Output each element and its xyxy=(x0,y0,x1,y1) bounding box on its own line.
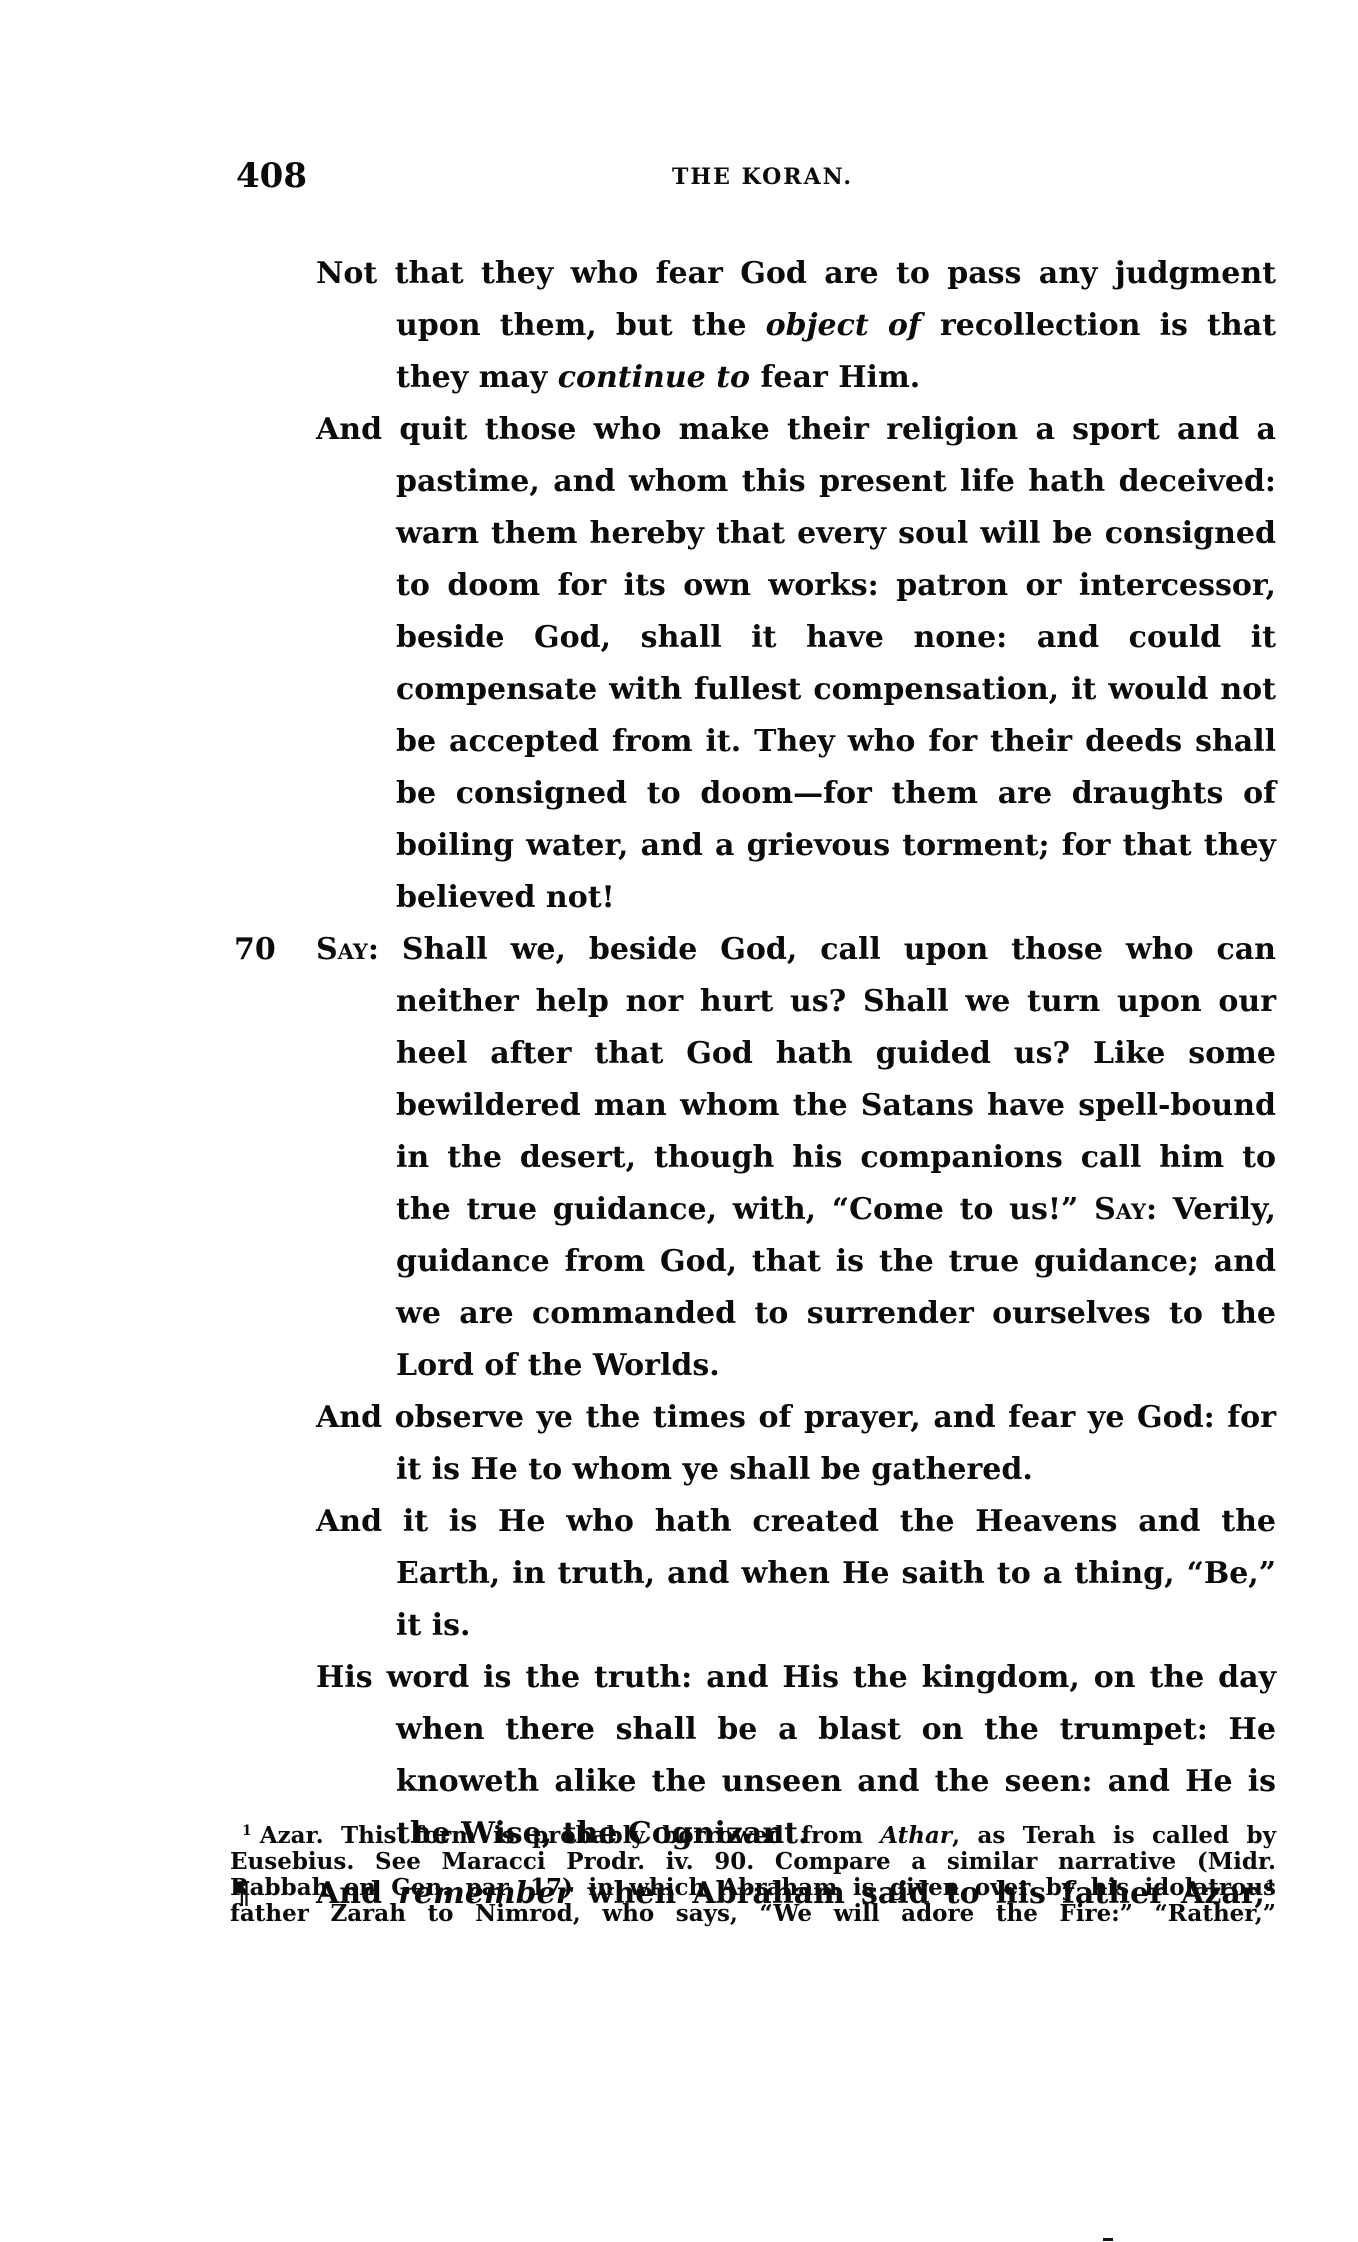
footnote-mark: 1 xyxy=(242,1823,252,1839)
italic-run: continue to xyxy=(558,360,750,395)
page-number: 408 xyxy=(236,156,307,196)
text-run: : Shall we, beside God, call upon those … xyxy=(368,932,1276,1227)
footnote-line: 1Azar. This form is probably borrowed fr… xyxy=(230,1818,1276,1849)
text-run: Rabbah on Gen. par. 17) in which Abraham… xyxy=(230,1874,1276,1901)
smallcaps-run: Say xyxy=(316,932,368,967)
verse-number: 70 xyxy=(234,924,276,976)
verse-paragraph: And observe ye the times of prayer, and … xyxy=(316,1392,1276,1496)
footnote-line: father Zarah to Nimrod, who says, “We wi… xyxy=(230,1901,1276,1927)
italic-run: Athar xyxy=(880,1822,952,1849)
smallcaps-run: Say xyxy=(1094,1192,1146,1227)
text-run: And quit those who make their religion a… xyxy=(316,412,1276,915)
text-run: , as Terah is called by xyxy=(952,1822,1276,1849)
text-run: Azar. This form is probably borrowed fro… xyxy=(260,1822,880,1849)
footnote-line: Rabbah on Gen. par. 17) in which Abraham… xyxy=(230,1875,1276,1901)
footnote: 1Azar. This form is probably borrowed fr… xyxy=(230,1818,1276,1927)
signature-mark xyxy=(1103,2238,1113,2241)
footnote-line: Eusebius. See Maracci Prodr. iv. 90. Com… xyxy=(230,1849,1276,1875)
italic-run: object of xyxy=(766,308,921,343)
body-text: Not that they who fear God are to pass a… xyxy=(316,248,1276,1920)
verse-paragraph: And quit those who make their religion a… xyxy=(316,404,1276,924)
text-run: And observe ye the times of prayer, and … xyxy=(316,1400,1276,1487)
running-head: THE KORAN. xyxy=(672,164,853,190)
text-run: Eusebius. See Maracci Prodr. iv. 90. Com… xyxy=(230,1848,1276,1875)
text-run: fear Him. xyxy=(750,360,920,395)
verse-paragraph: And it is He who hath created the Heaven… xyxy=(316,1496,1276,1652)
verse-paragraph-70: 70 Say: Shall we, beside God, call upon … xyxy=(316,924,1276,1392)
verse-paragraph: Not that they who fear God are to pass a… xyxy=(316,248,1276,404)
text-run: And it is He who hath created the Heaven… xyxy=(316,1504,1276,1643)
text-run: father Zarah to Nimrod, who says, “We wi… xyxy=(230,1900,1276,1927)
